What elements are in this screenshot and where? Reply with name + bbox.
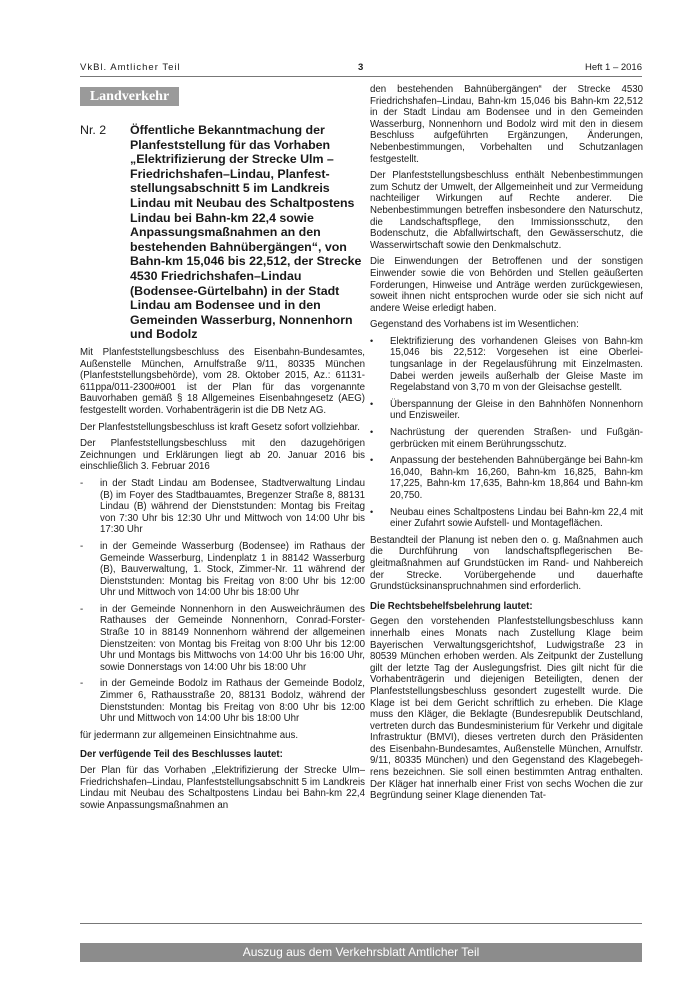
issue-label: Heft 1 – 2016: [585, 62, 642, 73]
bottom-rule: [80, 923, 642, 924]
list-item: • Neubau eines Schaltpostens Lindau bei …: [370, 507, 643, 530]
bullet-icon: •: [370, 336, 390, 394]
bullet-icon: •: [370, 455, 390, 501]
section-heading: Die Rechtsbehelfsbelehrung lautet:: [370, 601, 643, 613]
list-item: • Überspannung der Gleise in den Bahnhöf…: [370, 399, 643, 422]
article-title: Öffentliche Bekanntmachung der Planfests…: [130, 123, 366, 342]
dash-marker: -: [80, 478, 100, 536]
running-header: VkBl. Amtlicher Teil 3 Heft 1 – 2016: [80, 60, 642, 77]
paragraph: Der Plan für das Vorhaben „Elektrifizier…: [80, 765, 365, 811]
footer-banner: Auszug aus dem Verkehrsblatt Amtlicher T…: [80, 943, 642, 962]
list-item-text: in der Gemeinde Bodolz im Rathaus der Ge…: [100, 678, 365, 724]
list-item: - in der Gemeinde Nonnenhorn in den Ausw…: [80, 604, 365, 674]
paragraph: Gegenstand des Vorhabens ist im Wesentli…: [370, 319, 643, 331]
list-item-text: in der Gemeinde Nonnenhorn in den Auswei…: [100, 604, 365, 674]
paragraph: Der Planfeststellungsbeschluss ist kraft…: [80, 422, 365, 434]
list-item: - in der Gemeinde Bodolz im Rathaus der …: [80, 678, 365, 724]
list-item: • Elektrifizierung des vorhandenen Gleis…: [370, 336, 643, 394]
page-number: 3: [358, 62, 363, 73]
paragraph: Der Planfeststellungsbeschluss enthält N…: [370, 170, 643, 251]
left-column: Mit Planfeststellungsbeschluss des Eisen…: [80, 347, 365, 816]
paragraph: Bestandteil der Planung ist neben den o.…: [370, 535, 643, 593]
list-item: • Anpassung der bestehenden Bahnübergäng…: [370, 455, 643, 501]
section-badge: Landverkehr: [80, 87, 179, 106]
bullet-icon: •: [370, 399, 390, 422]
paragraph: den bestehenden Bahnübergängen“ der Stre…: [370, 84, 643, 165]
paragraph: Mit Planfeststellungsbeschluss des Eisen…: [80, 347, 365, 417]
bullet-icon: •: [370, 427, 390, 450]
list-item-text: Nachrüstung der querenden Straßen- und F…: [390, 427, 643, 450]
list-item: - in der Stadt Lindau am Bodensee, Stadt…: [80, 478, 365, 536]
list-item-text: Anpassung der bestehenden Bahnübergänge …: [390, 455, 643, 501]
bullet-icon: •: [370, 507, 390, 530]
article-number: Nr. 2: [80, 123, 106, 138]
dash-marker: -: [80, 678, 100, 724]
list-item-text: in der Gemeinde Wasserburg (Bodensee) im…: [100, 541, 365, 599]
list-item-text: in der Stadt Lindau am Bodensee, Stadtve…: [100, 478, 365, 536]
paragraph: Der Planfeststellungsbeschluss mit den d…: [80, 438, 365, 473]
journal-name: VkBl. Amtlicher Teil: [80, 62, 181, 73]
section-heading: Der verfügende Teil des Beschlusses laut…: [80, 749, 365, 761]
right-column: den bestehenden Bahnübergängen“ der Stre…: [370, 84, 643, 807]
paragraph: für jedermann zur allgemeinen Einsichtna…: [80, 730, 365, 742]
list-item: • Nachrüstung der querenden Straßen- und…: [370, 427, 643, 450]
list-item: - in der Gemeinde Wasserburg (Bodensee) …: [80, 541, 365, 599]
paragraph: Gegen den vorstehenden Planfeststellungs…: [370, 616, 643, 802]
dash-marker: -: [80, 541, 100, 599]
dash-marker: -: [80, 604, 100, 674]
list-item-text: Überspannung der Gleise in den Bahnhöfen…: [390, 399, 643, 422]
list-item-text: Neubau eines Schaltpostens Lindau bei Ba…: [390, 507, 643, 530]
list-item-text: Elektrifizierung des vorhandenen Gleises…: [390, 336, 643, 394]
paragraph: Die Einwendungen der Betroffenen und der…: [370, 256, 643, 314]
